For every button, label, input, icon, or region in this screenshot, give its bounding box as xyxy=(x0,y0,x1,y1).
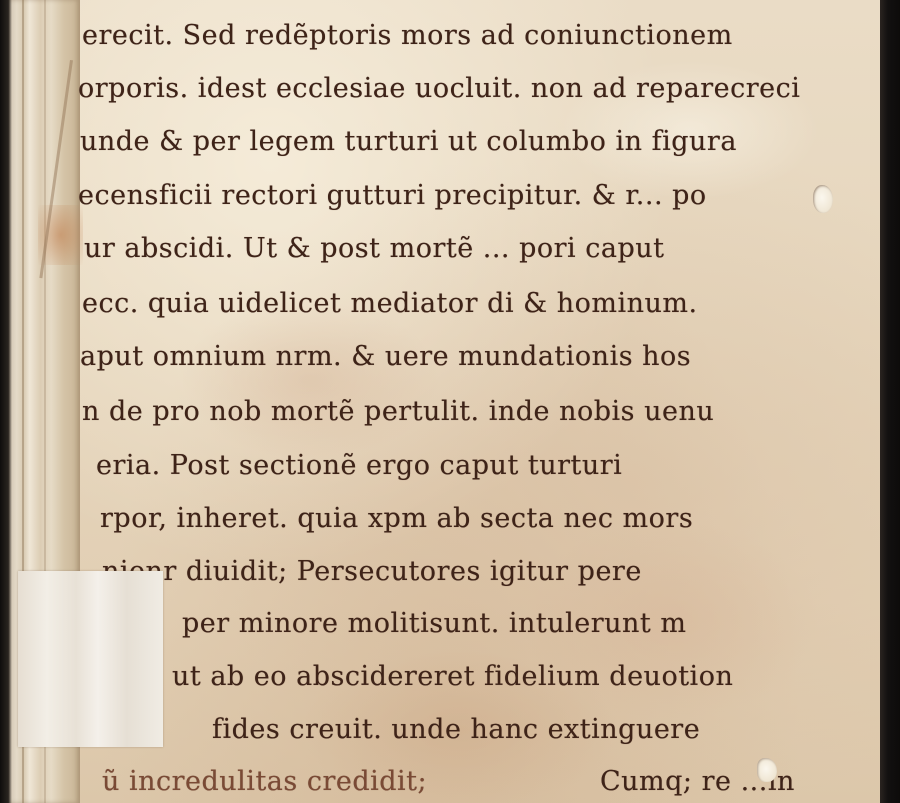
paper-label-patch xyxy=(18,571,163,747)
manuscript-line: ecc. quia uidelicet mediator di & hominu… xyxy=(82,290,698,317)
manuscript-line: orporis. idest ecclesiae uocluit. non ad… xyxy=(78,75,800,102)
manuscript-line: unde & per legem turturi ut columbo in f… xyxy=(80,128,737,155)
manuscript-page: erecit. Sed redẽptoris mors ad coniuncti… xyxy=(0,0,900,803)
manuscript-line: erecit. Sed redẽptoris mors ad coniuncti… xyxy=(82,22,733,49)
manuscript-line: n de pro nob mortẽ pertulit. inde nobis … xyxy=(82,398,714,425)
manuscript-line: aput omnium nrm. & uere mundationis hos xyxy=(80,343,691,370)
manuscript-line: per minore molitisunt. intulerunt m xyxy=(182,610,686,637)
manuscript-line: nienr diuidit; Persecutores igitur pere xyxy=(102,558,642,585)
right-dark-edge xyxy=(880,0,900,803)
parchment-hole xyxy=(757,758,777,782)
left-dark-edge xyxy=(0,0,12,803)
text-block: erecit. Sed redẽptoris mors ad coniuncti… xyxy=(84,0,880,803)
manuscript-line: fides creuit. unde hanc extinguere xyxy=(212,716,700,743)
parchment-hole xyxy=(813,185,833,213)
manuscript-line: ũ incredulitas credidit; xyxy=(102,768,427,795)
manuscript-line: eria. Post sectionẽ ergo caput turturi xyxy=(96,452,622,479)
manuscript-line: ur abscidi. Ut & post mortẽ ... pori cap… xyxy=(84,235,665,262)
manuscript-line: ecensficii rectori gutturi precipitur. &… xyxy=(78,182,707,209)
manuscript-line: ut ab eo abscidereret fidelium deuotion xyxy=(172,663,733,690)
manuscript-line: rpor, inheret. quia xpm ab secta nec mor… xyxy=(100,505,693,532)
